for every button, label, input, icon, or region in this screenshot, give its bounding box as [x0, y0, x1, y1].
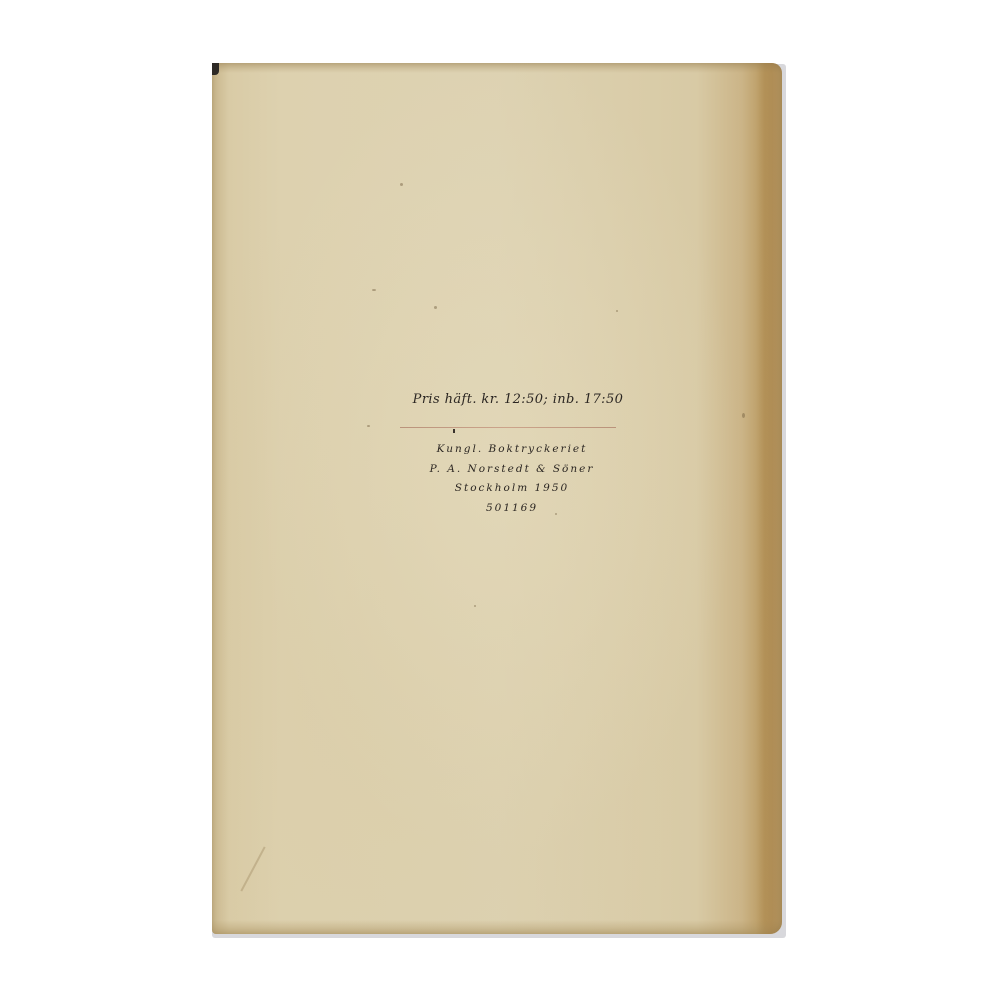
divider-rule	[400, 427, 616, 428]
imprint-block: Pris häft. kr. 12:50; inb. 17:50 Kungl. …	[212, 63, 782, 934]
publisher-name: P. A. Norstedt & Söner	[392, 460, 632, 480]
price-text: Pris häft. kr. 12:50; inb. 17:50	[398, 392, 638, 407]
printer-name: Kungl. Boktryckeriet	[392, 440, 632, 460]
place-year: Stockholm 1950	[392, 479, 632, 499]
book-back-cover: Pris häft. kr. 12:50; inb. 17:50 Kungl. …	[212, 63, 782, 934]
divider-mark	[453, 429, 455, 433]
photo-stage: Pris häft. kr. 12:50; inb. 17:50 Kungl. …	[0, 0, 1000, 1000]
print-number: 501169	[392, 499, 632, 519]
printer-colophon: Kungl. Boktryckeriet P. A. Norstedt & Sö…	[392, 440, 632, 518]
